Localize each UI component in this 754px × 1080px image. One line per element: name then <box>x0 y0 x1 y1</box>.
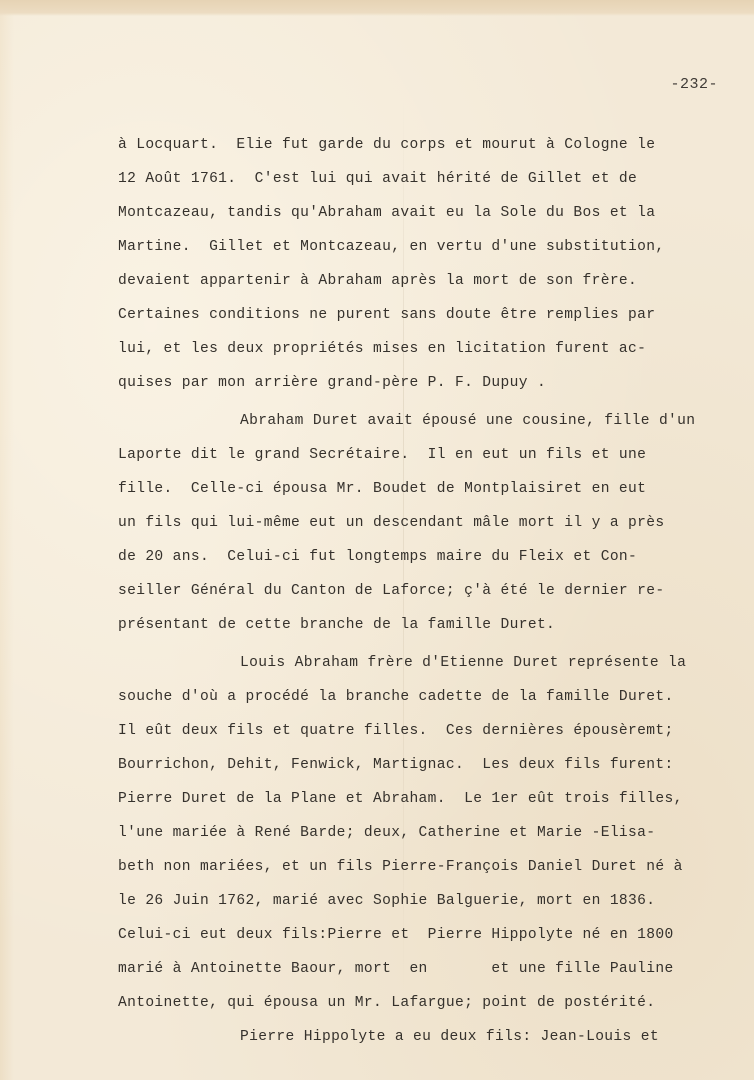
text-line: souche d'où a procédé la branche cadette… <box>118 680 738 714</box>
body-text: à Locquart. Elie fut garde du corps et m… <box>118 128 738 1054</box>
text-line: Il eût deux fils et quatre filles. Ces d… <box>118 714 738 748</box>
text-line: beth non mariées, et un fils Pierre-Fran… <box>118 850 738 884</box>
text-line: quises par mon arrière grand-père P. F. … <box>118 366 738 400</box>
paragraph-1: à Locquart. Elie fut garde du corps et m… <box>118 128 738 400</box>
text-line: Bourrichon, Dehit, Fenwick, Martignac. L… <box>118 748 738 782</box>
text-line: Louis Abraham frère d'Etienne Duret repr… <box>118 646 738 680</box>
paragraph-4: Pierre Hippolyte a eu deux fils: Jean-Lo… <box>118 1020 738 1054</box>
document-page: -232- à Locquart. Elie fut garde du corp… <box>0 0 754 1080</box>
text-line: devaient appartenir à Abraham après la m… <box>118 264 738 298</box>
paragraph-3: Louis Abraham frère d'Etienne Duret repr… <box>118 646 738 1020</box>
text-line: à Locquart. Elie fut garde du corps et m… <box>118 128 738 162</box>
text-line: Pierre Hippolyte a eu deux fils: Jean-Lo… <box>118 1020 738 1054</box>
text-line: Antoinette, qui épousa un Mr. Lafargue; … <box>118 986 738 1020</box>
text-line: un fils qui lui-même eut un descendant m… <box>118 506 738 540</box>
text-line: Martine. Gillet et Montcazeau, en vertu … <box>118 230 738 264</box>
page-top-edge <box>0 0 754 16</box>
text-line: de 20 ans. Celui-ci fut longtemps maire … <box>118 540 738 574</box>
text-line: fille. Celle-ci épousa Mr. Boudet de Mon… <box>118 472 738 506</box>
page-number: -232- <box>670 76 718 93</box>
text-line: Montcazeau, tandis qu'Abraham avait eu l… <box>118 196 738 230</box>
text-line: le 26 Juin 1762, marié avec Sophie Balgu… <box>118 884 738 918</box>
text-line: Certaines conditions ne purent sans dout… <box>118 298 738 332</box>
text-line: l'une mariée à René Barde; deux, Catheri… <box>118 816 738 850</box>
text-line: Celui-ci eut deux fils:Pierre et Pierre … <box>118 918 738 952</box>
text-line: Pierre Duret de la Plane et Abraham. Le … <box>118 782 738 816</box>
text-line: présentant de cette branche de la famill… <box>118 608 738 642</box>
text-line: marié à Antoinette Baour, mort en et une… <box>118 952 738 986</box>
text-line: seiller Général du Canton de Laforce; ç'… <box>118 574 738 608</box>
text-line: lui, et les deux propriétés mises en lic… <box>118 332 738 366</box>
paragraph-2: Abraham Duret avait épousé une cousine, … <box>118 404 738 642</box>
text-line: Laporte dit le grand Secrétaire. Il en e… <box>118 438 738 472</box>
text-line: Abraham Duret avait épousé une cousine, … <box>118 404 738 438</box>
text-line: 12 Août 1761. C'est lui qui avait hérité… <box>118 162 738 196</box>
